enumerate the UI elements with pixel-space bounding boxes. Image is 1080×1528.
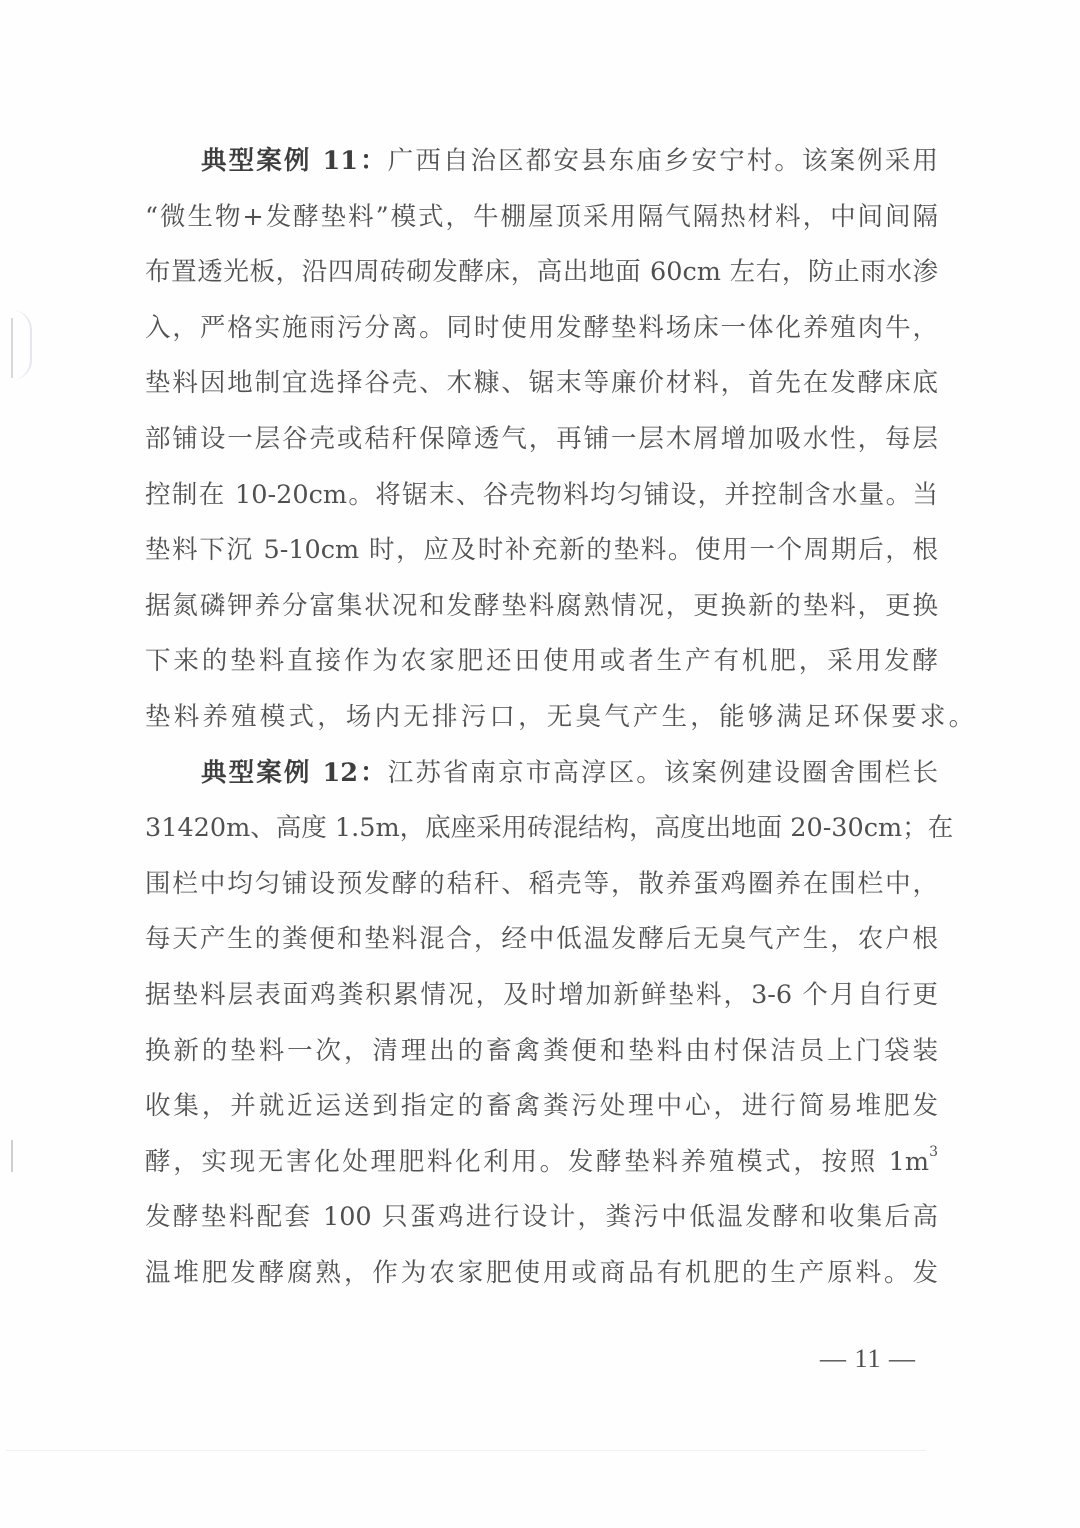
paragraph-line: 典型案例 11：广西自治区都安县东庙乡安宁村。该案例采用 bbox=[145, 134, 938, 190]
superscript: 3 bbox=[929, 1144, 938, 1160]
paragraph-line: 据垫料层表面鸡粪积累情况，及时增加新鲜垫料，3-6 个月自行更 bbox=[145, 968, 938, 1024]
paragraph-line: 温堆肥发酵腐熟，作为农家肥使用或商品有机肥的生产原料。发 bbox=[145, 1246, 938, 1302]
paragraph-line: 垫料因地制宜选择谷壳、木糠、锯末等廉价材料，首先在发酵床底 bbox=[145, 356, 938, 412]
page-number: — 11 — bbox=[820, 1344, 916, 1374]
paragraph-line: 下来的垫料直接作为农家肥还田使用或者生产有机肥，采用发酵 bbox=[145, 634, 938, 690]
case-label: 典型案例 11： bbox=[201, 146, 388, 176]
document-page: 典型案例 11：广西自治区都安县东庙乡安宁村。该案例采用 “微生物+发酵垫料”模… bbox=[0, 0, 1080, 1528]
case-label: 典型案例 12： bbox=[201, 758, 388, 788]
paragraph-line: 部铺设一层谷壳或秸秆保障透气，再铺一层木屑增加吸水性，每层 bbox=[145, 412, 938, 468]
line-text: 酵，实现无害化处理肥料化利用。发酵垫料养殖模式，按照 1m bbox=[145, 1147, 929, 1177]
paragraph-line: 据氮磷钾养分富集状况和发酵垫料腐熟情况，更换新的垫料，更换 bbox=[145, 579, 938, 635]
paragraph-line: 每天产生的粪便和垫料混合，经中低温发酵后无臭气产生，农户根 bbox=[145, 912, 938, 968]
line-text: 江苏省南京市高淳区。该案例建设圈舍围栏长 bbox=[388, 758, 938, 788]
scan-artifact-bottom-line bbox=[6, 1450, 926, 1451]
paragraph-line: 控制在 10-20cm。将锯末、谷壳物料均匀铺设，并控制含水量。当 bbox=[145, 468, 938, 524]
paragraph-line: 31420m、高度 1.5m，底座采用砖混结构，高度出地面 20-30cm；在 bbox=[145, 801, 938, 857]
paragraph-line: 发酵垫料配套 100 只蛋鸡进行设计，粪污中低温发酵和收集后高 bbox=[145, 1190, 938, 1246]
paragraph-line: 入，严格实施雨污分离。同时使用发酵垫料场床一体化养殖肉牛， bbox=[145, 301, 938, 357]
scan-artifact-binding-arc bbox=[12, 310, 32, 380]
paragraph-line: 典型案例 12：江苏省南京市高淳区。该案例建设圈舍围栏长 bbox=[145, 746, 938, 802]
scan-artifact-left-mark bbox=[11, 318, 13, 378]
line-text: 广西自治区都安县东庙乡安宁村。该案例采用 bbox=[388, 146, 938, 176]
paragraph-line: “微生物+发酵垫料”模式，牛棚屋顶采用隔气隔热材料，中间间隔 bbox=[145, 190, 938, 246]
paragraph-line: 垫料养殖模式，场内无排污口，无臭气产生，能够满足环保要求。 bbox=[145, 690, 938, 746]
paragraph-line: 酵，实现无害化处理肥料化利用。发酵垫料养殖模式，按照 1m3 bbox=[145, 1135, 938, 1191]
paragraph-line: 垫料下沉 5-10cm 时，应及时补充新的垫料。使用一个周期后，根 bbox=[145, 523, 938, 579]
paragraph-line: 收集，并就近运送到指定的畜禽粪污处理中心，进行简易堆肥发 bbox=[145, 1079, 938, 1135]
document-body: 典型案例 11：广西自治区都安县东庙乡安宁村。该案例采用 “微生物+发酵垫料”模… bbox=[145, 134, 938, 1301]
paragraph-line: 围栏中均匀铺设预发酵的秸秆、稻壳等，散养蛋鸡圈养在围栏中， bbox=[145, 857, 938, 913]
scan-artifact-left-mark bbox=[11, 1140, 13, 1172]
paragraph-line: 布置透光板，沿四周砖砌发酵床，高出地面 60cm 左右，防止雨水渗 bbox=[145, 245, 938, 301]
paragraph-line: 换新的垫料一次，清理出的畜禽粪便和垫料由村保洁员上门袋装 bbox=[145, 1024, 938, 1080]
